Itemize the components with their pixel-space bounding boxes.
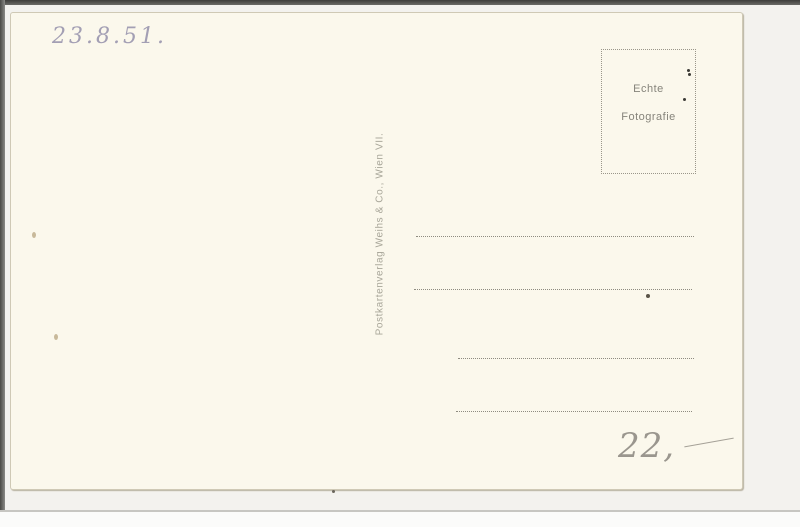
address-line-1 [416, 236, 694, 237]
paper-speck [332, 490, 335, 493]
address-line-4 [456, 411, 692, 412]
stamp-label-echte: Echte [602, 83, 695, 95]
paper-speck [54, 334, 58, 340]
address-line-3 [458, 358, 694, 359]
ink-spot [683, 98, 686, 101]
paper-speck [32, 232, 36, 238]
handwritten-price: 22, [618, 426, 675, 466]
scanner-left-edge [0, 0, 5, 527]
stamp-placeholder-box: Echte Fotografie [601, 49, 696, 174]
ink-spot [687, 69, 690, 72]
stamp-label-fotografie: Fotografie [602, 111, 695, 123]
handwritten-date: 23.8.51. [52, 24, 167, 49]
publisher-imprint: Postkartenverlag Weihs & Co., Wien VII. [375, 133, 386, 336]
scan-bottom-margin [0, 512, 800, 527]
paper-speck [646, 294, 650, 298]
address-line-2 [414, 289, 692, 290]
ink-spot [688, 73, 691, 76]
